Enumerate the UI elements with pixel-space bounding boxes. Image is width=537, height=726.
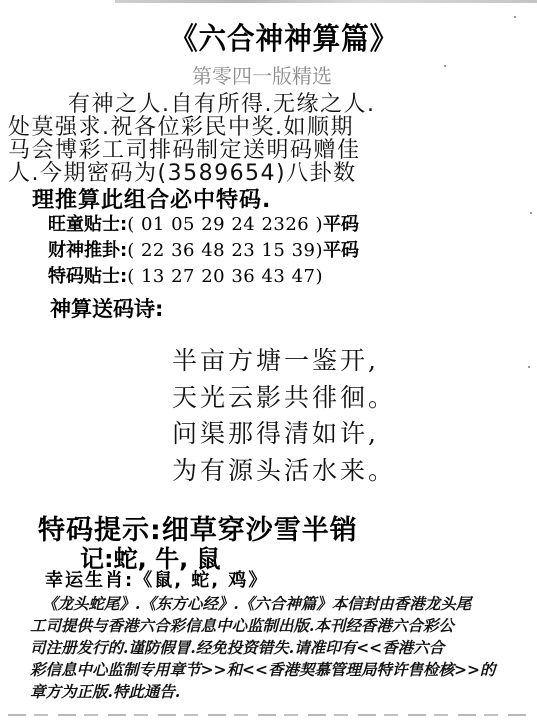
poem-block: 半亩方塘一鉴开, 天光云影共徘徊。 问渠那得清如许, 为有源头活水来。	[172, 343, 396, 489]
notice-line: 《龙头蛇尾》.《东方心经》.《六合神篇》本信封由香港龙头尾	[30, 593, 535, 615]
intro-paragraph: 有神之人.自有所得.无缘之人. 处莫强求.祝各位彩民中奖.如顺期 马会博彩工司排…	[8, 93, 533, 185]
notice-line: 彩信息中心监制专用章节>>和<<香港契慕管理局特许售检核>>的	[30, 659, 535, 681]
notice-line: 司注册发行的.谨防假冒.经免投资错失.请准印有<<香港六合	[30, 637, 535, 659]
tip-numbers: ( 13 27 20 36 43 47)	[127, 266, 323, 287]
page-title: 《六合神神算篇》	[170, 14, 398, 58]
tip-label: 特码贴士:	[48, 266, 127, 287]
tip-label: 旺童贴士:	[48, 214, 127, 235]
top-scan-edge	[115, 0, 537, 3]
tip-numbers: ( 22 36 48 23 15 39)	[127, 240, 323, 261]
tip-row-wangtong: 旺童贴士:( 01 05 29 24 2326 )平码	[48, 210, 359, 236]
lucky-zodiac: 幸运生肖:《鼠, 蛇, 鸡》	[45, 566, 268, 592]
tip-label: 财神推卦:	[48, 240, 127, 261]
poem-line: 半亩方塘一鉴开,	[172, 343, 396, 380]
scan-speck	[514, 16, 516, 18]
intro-line: 有神之人.自有所得.无缘之人.	[8, 93, 533, 116]
notice-paragraph: 《龙头蛇尾》.《东方心经》.《六合神篇》本信封由香港龙头尾 工司提供与香港六合彩…	[30, 593, 535, 703]
tip-row-caishen: 财神推卦:( 22 36 48 23 15 39)平码	[48, 236, 359, 262]
tip-suffix: 平码	[323, 214, 359, 235]
edition-subtitle: 第零四一版精选	[192, 60, 332, 89]
notice-line: 章方为正版.特此通告.	[30, 681, 535, 703]
intro-line: 马会博彩工司排码制定送明码赠佳	[8, 139, 533, 162]
poem-heading: 神算送码诗:	[50, 293, 163, 323]
tip-row-special: 特码贴士:( 13 27 20 36 43 47)	[48, 262, 323, 288]
poem-line: 问渠那得清如许,	[172, 416, 396, 453]
bottom-scan-edge	[8, 714, 533, 716]
notice-line: 工司提供与香港六合彩信息中心监制出版.本刊经香港六合彩公	[30, 615, 535, 637]
scan-speck	[444, 65, 446, 67]
lucky-label: 幸运生肖:	[45, 570, 134, 591]
tip-numbers: ( 01 05 29 24 2326 )	[127, 214, 323, 235]
poem-line: 天光云影共徘徊。	[172, 380, 396, 417]
intro-line: 处莫强求.祝各位彩民中奖.如顺期	[8, 116, 533, 139]
scan-speck	[528, 366, 530, 368]
poem-line: 为有源头活水来。	[172, 453, 396, 490]
lucky-value: 《鼠, 蛇, 鸡》	[134, 570, 268, 591]
tip-suffix: 平码	[323, 240, 359, 261]
intro-line: 人.今期密码为(3589654)八卦数	[8, 162, 533, 185]
scan-speck	[530, 212, 532, 214]
